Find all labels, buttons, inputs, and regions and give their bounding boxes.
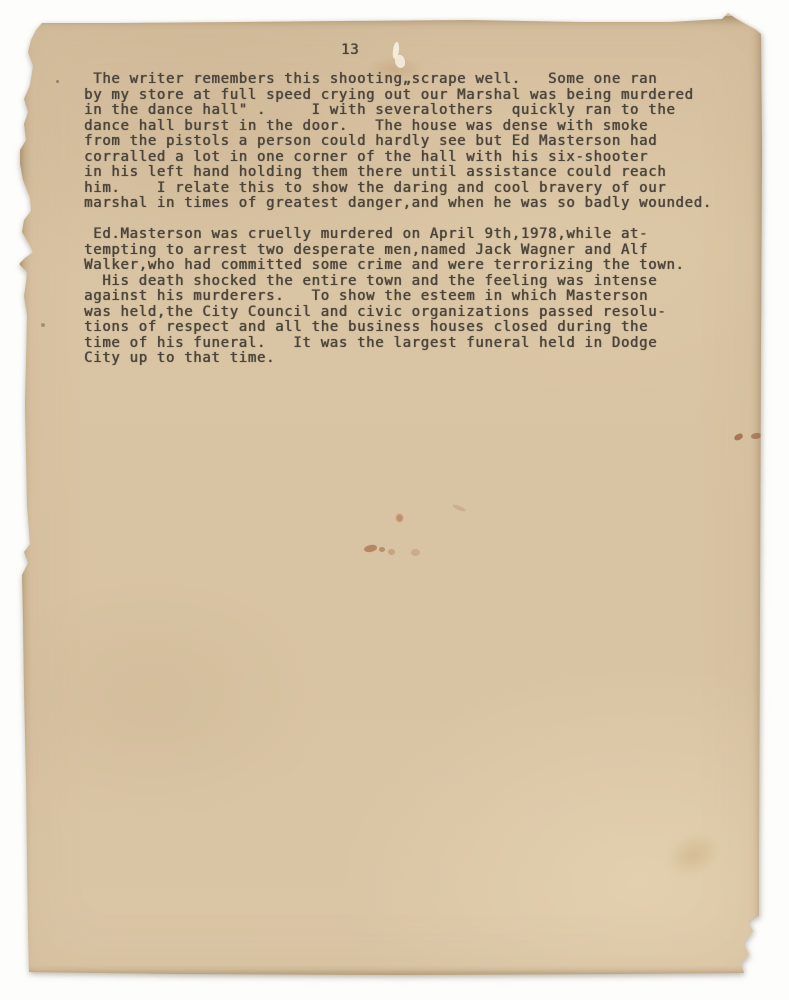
stain-speck [56,80,59,83]
paper-tear-mark [393,54,407,70]
scanned-document-page: 13 The writer remembers this shooting„sc… [0,0,789,1000]
stain-spot [411,549,420,556]
stain-speck [41,323,45,327]
paper-tear-mark [392,42,400,60]
stain-scratch [452,503,466,512]
stain-smudge [658,823,729,887]
stain-speck [733,433,744,442]
page-number: 13 [341,43,359,59]
scan-background: { "document": { "page_number": "13", "pa… [0,0,789,1000]
stain-spot [396,514,403,522]
paragraph-murder-account: Ed.Masterson was cruelly murdered on Apr… [84,227,685,367]
paper-surface: 13 The writer remembers this shooting„sc… [0,0,789,1000]
stain-spot [379,547,385,552]
paragraph-shooting-account: The writer remembers this shooting„scrap… [84,72,712,212]
stain-spot [388,549,395,555]
stain-speck [750,432,761,440]
stain-spot [363,544,377,553]
paper-sheet: 13 The writer remembers this shooting„sc… [0,0,789,1000]
